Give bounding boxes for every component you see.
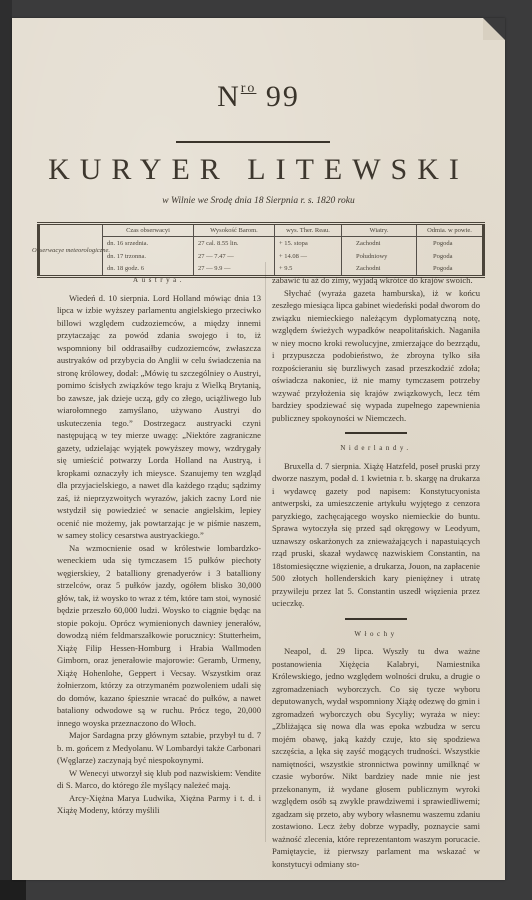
- section-heading-austrya: Austrya.: [57, 274, 261, 287]
- meteo-header: Czas obserwacyi: [103, 225, 193, 237]
- meteo-cell: Zachodni: [342, 237, 416, 250]
- article-paragraph: Słychać (wyraża gazeta hamburska), iż w …: [272, 287, 480, 425]
- title-rule: [176, 141, 330, 143]
- section-heading-wlochy: Włochy: [272, 628, 480, 641]
- article-paragraph: W Wenecyi utworzył się klub pod nazwiski…: [57, 767, 261, 792]
- article-paragraph: Major Sardagna przy głównym sztabie, prz…: [57, 729, 261, 767]
- meteo-cell: 27 cal. 8.55 lin.: [194, 237, 274, 250]
- meteo-cell: dn. 17 trzonna.: [103, 250, 193, 263]
- article-paragraph: Na wzmocnienie osad w królestwie lombard…: [57, 542, 261, 730]
- issue-prefix-sup: ro: [241, 81, 257, 96]
- left-column: Austrya. Wiedeń d. 10 sierpnia. Lord Hol…: [57, 266, 261, 817]
- issue-number-value: 99: [266, 80, 300, 113]
- scanner-bed-left: [0, 0, 12, 900]
- issue-prefix: N: [217, 80, 241, 113]
- meteo-cell: 27 — 7.47 —: [194, 250, 274, 263]
- meteo-cell: + 14.08 —: [275, 250, 341, 263]
- section-separator: [345, 618, 407, 620]
- column-divider: [265, 262, 266, 842]
- article-paragraph: Bruxella d. 7 sierpnia. Xiążę Hatzfeld, …: [272, 460, 480, 610]
- article-paragraph: Arcy-Xiężna Marya Ludwika, Xiężna Parmy …: [57, 792, 261, 817]
- article-continuation: zabawić tu aż do zimy, wyjadą wkrótce do…: [272, 274, 480, 287]
- section-separator: [345, 432, 407, 434]
- masthead-title: KURYER LITEWSKI: [12, 153, 505, 187]
- scanner-bed-corner: [0, 880, 26, 900]
- meteo-header: wys. Ther. Reau.: [275, 225, 341, 237]
- section-heading-niderlandy: Niderlandy.: [272, 442, 480, 455]
- dateline: w Wilnie we Srodę dnia 18 Sierpnia r. s.…: [12, 196, 505, 206]
- meteo-cell: Pogoda: [417, 250, 482, 263]
- meteo-cell: dn. 16 srzednia.: [103, 237, 193, 250]
- folded-corner: [483, 18, 505, 40]
- meteo-header: Odmia. w powie.: [417, 225, 482, 237]
- meteo-header: Wysokość Barom.: [194, 225, 274, 237]
- meteo-cell: Południowy: [342, 250, 416, 263]
- right-column: zabawić tu aż do zimy, wyjadą wkrótce do…: [272, 266, 480, 870]
- article-paragraph: Neapol, d. 29 lipca. Wyszły tu dwa ważne…: [272, 645, 480, 870]
- meteo-cell: + 15. stopa: [275, 237, 341, 250]
- issue-number: Nro 99: [12, 80, 505, 114]
- meteo-header: Wiatry.: [342, 225, 416, 237]
- meteo-cell: Pogoda: [417, 237, 482, 250]
- article-paragraph: Wiedeń d. 10 sierpnia. Lord Holland mówi…: [57, 292, 261, 542]
